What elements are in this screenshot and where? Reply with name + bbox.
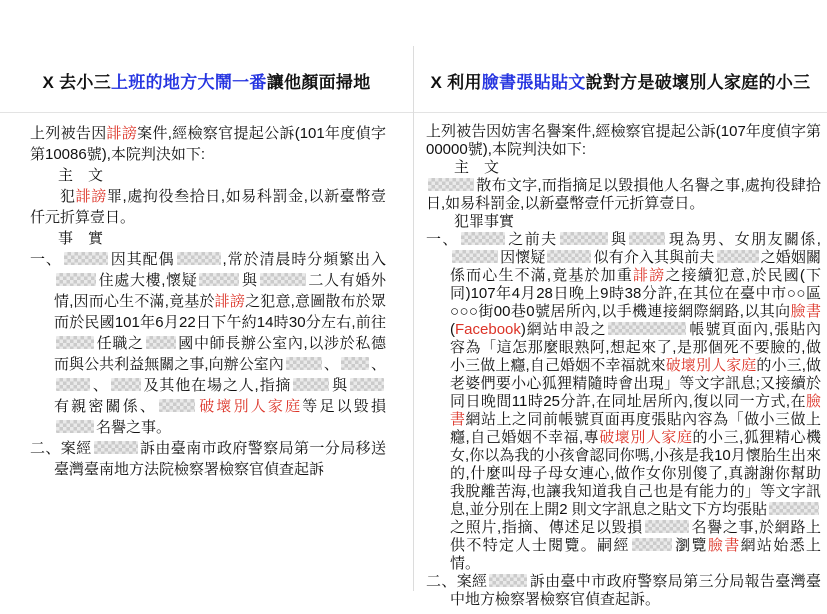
text-run: 、 (324, 356, 339, 373)
text-run: 瀏覽 (674, 537, 708, 554)
text-run: ,常於清晨時分頻繁出入 (223, 251, 386, 268)
case-card-left: X 去小三上班的地方大鬧一番讓他顏面掃地 上列被告因誹謗案件,經檢察官提起公訴(… (0, 0, 413, 614)
case-card-right: X 利用臉書張貼貼文說對方是破壞別人家庭的小三 上列被告因妨害名譽案件,經檢察官… (414, 0, 827, 614)
text-run: 事 實 (58, 230, 103, 247)
judgment-comparison-page: X 去小三上班的地方大鬧一番讓他顏面掃地 上列被告因誹謗案件,經檢察官提起公訴(… (0, 0, 827, 614)
paragraph: 上列被告因妨害名譽案件,經檢察官提起公訴(107年度偵字第00000號),本院判… (426, 123, 821, 159)
paragraph: 一、因其配偶,常於清晨時分頻繁出入住處大樓,懷疑與二人有婚外情,因而心生不滿,竟… (30, 249, 386, 438)
redaction-block (159, 399, 195, 412)
text-run: 之前夫 (507, 231, 558, 248)
redaction-block (428, 178, 474, 191)
text-run: 一、 (426, 231, 459, 248)
paragraph: 二、案經訴由臺中市政府警察局第三分局報告臺灣臺中地方檢察署檢察官偵查起訴。 (426, 573, 821, 609)
text-run: 住處大樓,懷疑 (98, 272, 197, 289)
redaction-block (56, 378, 90, 391)
text-run: 、 (92, 377, 109, 394)
redaction-block (286, 357, 322, 370)
text-run: 主 文 (454, 159, 499, 176)
redaction-block (64, 252, 108, 265)
text-run: 上列被告因 (30, 125, 107, 142)
case-body-left: 上列被告因誹謗案件,經檢察官提起公訴(101年度偵字第10086號),本院判決如… (0, 113, 413, 480)
redaction-block (56, 420, 94, 433)
text-run: 似有介入其與前夫 (593, 249, 714, 266)
text-run: 一、 (30, 251, 62, 268)
text-run: 二、案經 (30, 440, 92, 457)
text-run: 犯 (60, 188, 76, 205)
redaction-block (341, 357, 369, 370)
redaction-block (717, 250, 759, 263)
highlight-red: 誹謗 (76, 188, 107, 205)
text-run: 二、案經 (426, 573, 487, 590)
text-run: 與 (241, 272, 257, 289)
text-run: 現為男、女朋友關係, (667, 231, 821, 248)
redaction-block (632, 538, 672, 551)
highlight-red: Facebook (455, 321, 521, 338)
text-run: 與 (331, 377, 348, 394)
case-body-right: 上列被告因妨害名譽案件,經檢察官提起公訴(107年度偵字第00000號),本院判… (414, 113, 827, 609)
highlight-red: 臉書 (791, 303, 821, 320)
paragraph: 散布文字,而指摘足以毀損他人名譽之事,處拘役肆拾日,如易科罰金,以新臺幣壹仟元折… (426, 177, 821, 213)
text-run: 任職之 (96, 335, 144, 352)
text-run: 與 (610, 231, 628, 248)
text-run: 上列被告因妨害名譽案件,經檢察官提起公訴(107年度偵字第00000號),本院判… (426, 123, 821, 158)
redaction-block (769, 502, 819, 515)
redaction-block (452, 250, 498, 263)
highlight-red: 誹謗 (215, 293, 245, 310)
case-title-left: X 去小三上班的地方大鬧一番讓他顏面掃地 (0, 0, 413, 113)
redaction-block (350, 378, 384, 391)
paragraph: 事 實 (30, 228, 386, 249)
redaction-block (199, 273, 239, 286)
text-run: X 去小三 (42, 73, 111, 93)
text-run: 因懷疑 (500, 249, 545, 266)
paragraph: 二、案經訴由臺南市政府警察局第一分局移送臺灣臺南地方法院檢察署檢察官偵查起訴 (30, 438, 386, 480)
redaction-block (146, 336, 176, 349)
text-run: 名譽之事。 (96, 419, 171, 436)
paragraph: 一、之前夫與現為男、女朋友關係,因懷疑似有介入其與前夫之婚姻關係而心生不滿,竟基… (426, 231, 821, 573)
text-run: 讓他顏面掃地 (267, 73, 371, 93)
text-run: 說對方是破壞別人家庭的小三 (586, 73, 811, 93)
redaction-block (260, 273, 306, 286)
text-run: 主 文 (58, 167, 103, 184)
paragraph: 犯罪事實 (426, 213, 821, 231)
redaction-block (94, 441, 138, 454)
redaction-block (177, 252, 221, 265)
redaction-block (111, 378, 141, 391)
redaction-block (547, 250, 591, 263)
text-run: 及其他在場之人,指摘 (143, 377, 292, 394)
redaction-block (645, 520, 689, 533)
text-run: 、 (371, 356, 386, 373)
redaction-block (56, 273, 96, 286)
redaction-block (629, 232, 665, 245)
text-run: 有親密關係、 (54, 398, 157, 415)
paragraph: 主 文 (426, 159, 821, 177)
redaction-block (489, 574, 527, 587)
highlight-red: 破壞別人家庭 (197, 398, 302, 415)
case-title-right: X 利用臉書張貼貼文說對方是破壞別人家庭的小三 (414, 0, 827, 113)
text-run: X 利用 (431, 73, 482, 93)
highlight-red: 誹謗 (633, 267, 665, 284)
redaction-block (608, 322, 686, 335)
text-run: 等足以毀損 (302, 398, 386, 415)
highlight-red: 誹謗 (107, 125, 138, 142)
text-run: 散布文字,而指摘足以毀損他人名譽之事,處拘役肆拾日,如易科罰金,以新臺幣壹仟元折… (426, 177, 821, 212)
highlight-blue: 上班的地方大鬧一番 (111, 73, 267, 93)
redaction-block (293, 378, 329, 391)
highlight-red: 臉書 (708, 537, 741, 554)
text-run: 之照片,指摘、傳述足以毀損 (450, 519, 643, 536)
redaction-block (56, 336, 94, 349)
highlight-blue: 臉書張貼貼文 (482, 73, 586, 93)
paragraph: 犯誹謗罪,處拘役叁拾日,如易科罰金,以新臺幣壹仟元折算壹日。 (30, 186, 386, 228)
text-run: )網站申設之 (521, 321, 607, 338)
highlight-red: 破壞別人家庭 (666, 357, 757, 374)
paragraph: 主 文 (30, 165, 386, 186)
text-run: 犯罪事實 (454, 213, 514, 230)
highlight-red: 破壞別人家庭 (599, 429, 692, 446)
text-run: 因其配偶 (110, 251, 175, 268)
paragraph: 上列被告因誹謗案件,經檢察官提起公訴(101年度偵字第10086號),本院判決如… (30, 123, 386, 165)
redaction-block (560, 232, 608, 245)
redaction-block (461, 232, 505, 245)
